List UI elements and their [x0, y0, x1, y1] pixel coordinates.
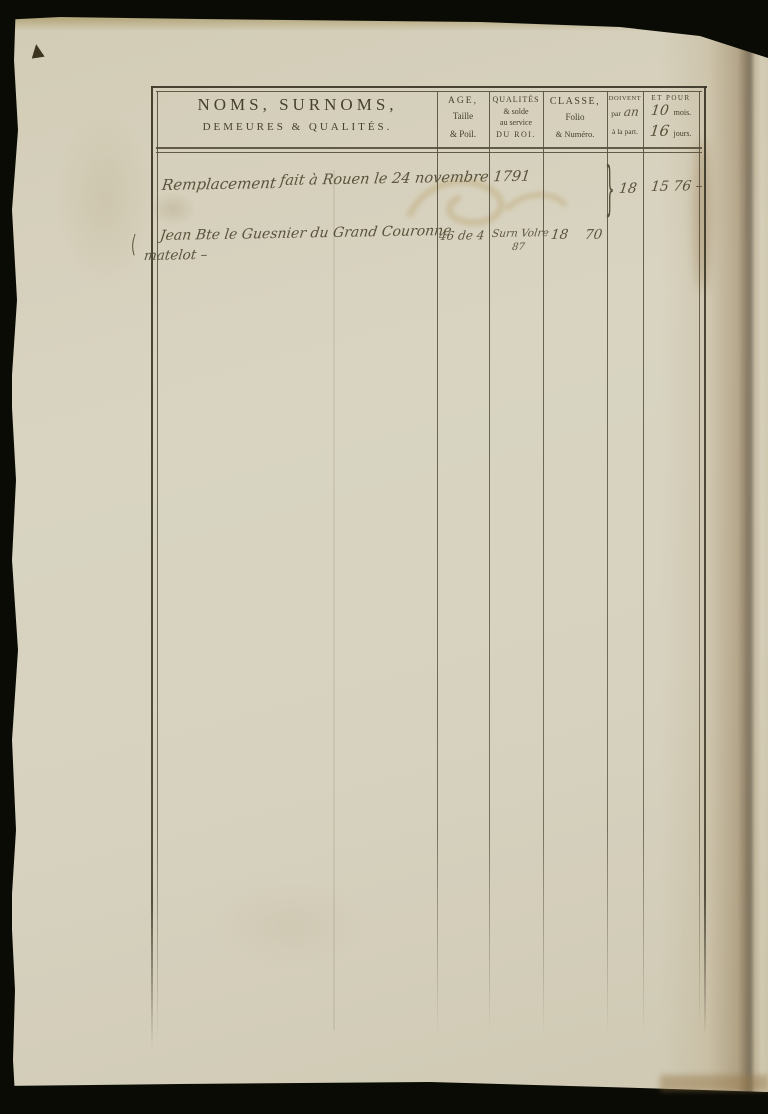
header-etpour-jours: 16 jours.	[643, 122, 699, 140]
entry2-age-value: 46 de 4	[438, 228, 485, 243]
header-qualites-line3: au service	[489, 118, 543, 127]
table-right-border-inner	[699, 91, 700, 1029]
header-etpour-jours-label: jours.	[674, 129, 692, 138]
header-noms-line2: DEMEURES & QUALITÉS.	[158, 121, 437, 133]
column-separator-doivent	[607, 91, 608, 1035]
header-age-line2: Taille	[437, 111, 489, 121]
entry1-brace: }	[605, 153, 615, 223]
header-qualites-line2: & solde	[489, 107, 543, 116]
column-separator-qualites	[489, 91, 490, 1035]
entry1-doivent-value: 18	[618, 181, 638, 197]
header-classe-line1: CLASSE,	[543, 96, 607, 107]
header-etpour-line1: ET POUR	[643, 94, 699, 102]
paper-stain	[210, 880, 370, 970]
column-separator-etpour	[643, 91, 644, 1035]
header-bottom-rule-inner	[156, 152, 702, 153]
header-classe-line3: & Numéro.	[543, 129, 607, 139]
header-etpour-hand-16: 16	[649, 122, 670, 140]
table-top-border-inner	[156, 91, 702, 92]
entry2-service-line2: 87	[511, 242, 525, 253]
entry2-folio-value: 18	[550, 227, 569, 243]
table-top-border-outer	[151, 86, 707, 88]
gutter-stain	[694, 140, 710, 290]
paper-fold-crease	[333, 170, 335, 1030]
entry2-quality: matelot –	[143, 247, 208, 264]
entry1-note-word: Remplacement	[161, 174, 277, 194]
header-noms-line1: NOMS, SURNOMS,	[158, 95, 437, 115]
header-age-line3: & Poil.	[437, 129, 489, 139]
header-etpour-mois-label: mois.	[674, 108, 692, 117]
header-classe-line2: Folio	[543, 112, 607, 122]
header-etpour-hand-10: 10	[650, 103, 670, 119]
table-left-border-outer	[151, 86, 153, 1048]
header-doivent-line3: à la part.	[607, 127, 643, 136]
scanned-register-page: NOMS, SURNOMS, DEMEURES & QUALITÉS. AGE,…	[0, 0, 768, 1114]
header-qualites-line1: QUALITÉS	[489, 95, 543, 104]
book-gutter-shadow	[660, 15, 768, 1095]
table-left-border-inner	[157, 91, 158, 1041]
entry2-numero-value: 70	[584, 227, 603, 243]
header-doivent-line2: par an	[607, 105, 643, 119]
header-doivent-hand-an: an	[623, 105, 640, 119]
entry2-service-line1: Surn Volre	[491, 227, 549, 240]
header-bottom-rule-outer	[156, 147, 702, 149]
header-doivent-line1: DOIVENT	[607, 95, 643, 102]
table-right-border-outer	[704, 86, 706, 1036]
page-bottom-edge	[660, 1075, 768, 1091]
header-age-line1: AGE,	[437, 96, 489, 106]
header-etpour-mois: 10 mois.	[643, 103, 699, 119]
header-qualites-line4: DU ROI.	[489, 130, 543, 139]
entry1-etpour-value: 15 76 –	[650, 178, 704, 195]
header-doivent-par: par	[611, 109, 621, 118]
